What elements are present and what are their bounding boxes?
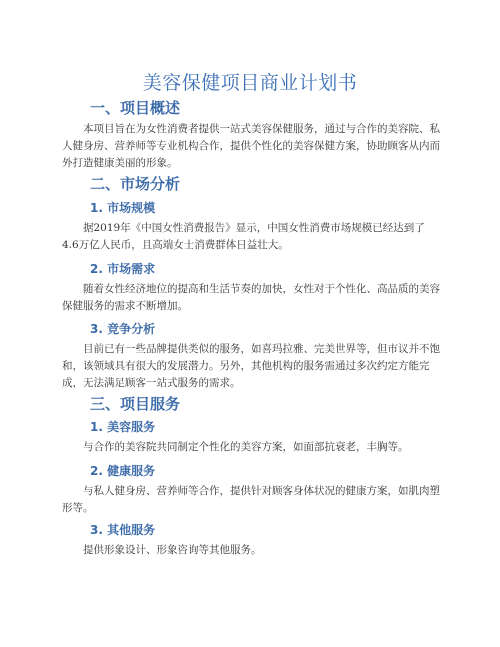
subsection-paragraph: 随着女性经济地位的提高和生活节奏的加快，女性对于个性化、高品质的美容保健服务的需… <box>62 281 440 315</box>
document-title: 美容保健项目商业计划书 <box>0 68 500 95</box>
subsection-heading: 1. 市场规模 <box>90 199 155 216</box>
subsection-heading: 1. 美容服务 <box>90 418 155 435</box>
subsection-paragraph: 与合作的美容院共同制定个性化的美容方案，如面部抗衰老，丰胸等。 <box>62 439 440 456</box>
subsection-paragraph: 据2019年《中国女性消费报告》显示，中国女性消费市场规模已经达到了4.6万亿人… <box>62 220 440 254</box>
subsection-heading: 3. 其他服务 <box>90 521 155 538</box>
subsection-heading: 2. 市场需求 <box>90 260 155 277</box>
subsection-paragraph: 提供形象设计、形象咨询等其他服务。 <box>62 542 440 559</box>
section-paragraph: 本项目旨在为女性消费者提供一站式美容保健服务，通过与合作的美容院、私人健身房、营… <box>62 121 440 172</box>
subsection-paragraph: 目前已有一些品牌提供类似的服务，如喜玛拉雅、完美世界等，但市议并不饱和，该领域具… <box>62 341 440 392</box>
subsection-heading: 2. 健康服务 <box>90 462 155 479</box>
subsection-paragraph: 与私人健身房、营养师等合作，提供针对顾客身体状况的健康方案，如肌肉塑形等。 <box>62 483 440 517</box>
section-heading: 二、市场分析 <box>90 173 180 194</box>
subsection-heading: 3. 竞争分析 <box>90 320 155 337</box>
section-heading: 一、项目概述 <box>90 97 180 118</box>
section-heading: 三、项目服务 <box>90 393 180 414</box>
